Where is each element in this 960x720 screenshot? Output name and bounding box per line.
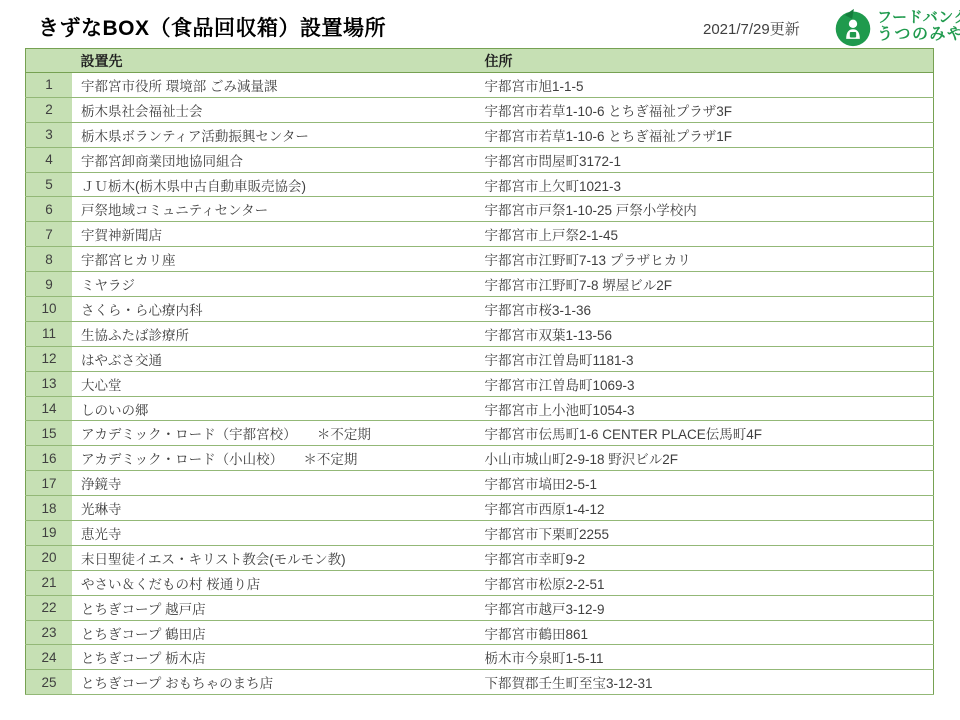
place-cell: 宇賀神新聞店	[73, 222, 481, 247]
table-row: 15アカデミック・ロード（宇都宮校） ＊不定期宇都宮市伝馬町1-6 CENTER…	[26, 421, 934, 446]
table-row: 14しのいの郷宇都宮市上小池町1054-3	[26, 396, 934, 421]
header-address: 住所	[481, 49, 934, 73]
row-number: 19	[26, 521, 73, 546]
row-number: 13	[26, 371, 73, 396]
table-header: 設置先 住所	[26, 49, 934, 73]
header-row: 設置先 住所	[26, 49, 934, 73]
table-row: 7宇賀神新聞店宇都宮市上戸祭2-1-45	[26, 222, 934, 247]
row-number: 6	[26, 197, 73, 222]
row-number: 21	[26, 570, 73, 595]
foodbank-logo-line1: フードバンク	[877, 9, 960, 26]
place-cell: 栃木県ボランティア活動振興センター	[73, 122, 481, 147]
place-cell: アカデミック・ロード（小山校） ＊不定期	[73, 446, 481, 471]
row-number: 3	[26, 122, 73, 147]
address-cell: 宇都宮市旭1-1-5	[481, 73, 934, 98]
row-number: 17	[26, 471, 73, 496]
place-cell: とちぎコープ 鶴田店	[73, 620, 481, 645]
address-cell: 宇都宮市上小池町1054-3	[481, 396, 934, 421]
address-cell: 栃木市今泉町1-5-11	[481, 645, 934, 670]
place-cell: 宇都宮卸商業団地協同組合	[73, 147, 481, 172]
page-title: きずなBOX（食品回収箱）設置場所	[38, 12, 386, 42]
address-cell: 宇都宮市鶴田861	[481, 620, 934, 645]
place-cell: 生協ふたば診療所	[73, 321, 481, 346]
row-number: 23	[26, 620, 73, 645]
place-cell: とちぎコープ 栃木店	[73, 645, 481, 670]
locations-table: 設置先 住所 1宇都宮市役所 環境部 ごみ減量課宇都宮市旭1-1-52栃木県社会…	[25, 48, 934, 695]
place-cell: ミヤラジ	[73, 272, 481, 297]
header-number	[26, 49, 73, 73]
row-number: 1	[26, 73, 73, 98]
row-number: 9	[26, 272, 73, 297]
address-cell: 宇都宮市戸祭1-10-25 戸祭小学校内	[481, 197, 934, 222]
table-row: 22とちぎコープ 越戸店宇都宮市越戸3-12-9	[26, 595, 934, 620]
row-number: 15	[26, 421, 73, 446]
address-cell: 宇都宮市江曽島町1069-3	[481, 371, 934, 396]
table-row: 17浄鏡寺宇都宮市塙田2-5-1	[26, 471, 934, 496]
table-row: 16アカデミック・ロード（小山校） ＊不定期小山市城山町2-9-18 野沢ビル2…	[26, 446, 934, 471]
place-cell: 恵光寺	[73, 521, 481, 546]
address-cell: 宇都宮市江曽島町1181-3	[481, 346, 934, 371]
place-cell: 光琳寺	[73, 496, 481, 521]
place-cell: しのいの郷	[73, 396, 481, 421]
address-cell: 下都賀郡壬生町至宝3-12-31	[481, 670, 934, 695]
header-place: 設置先	[73, 49, 481, 73]
foodbank-logo-text: フードバンク うつのみや	[877, 9, 960, 45]
address-cell: 宇都宮市下栗町2255	[481, 521, 934, 546]
address-cell: 宇都宮市桜3-1-36	[481, 297, 934, 322]
table-row: 8宇都宮ヒカリ座宇都宮市江野町7-13 プラザヒカリ	[26, 247, 934, 272]
address-cell: 宇都宮市上欠町1021-3	[481, 172, 934, 197]
address-cell: 宇都宮市松原2-2-51	[481, 570, 934, 595]
address-cell: 宇都宮市幸町9-2	[481, 545, 934, 570]
place-cell: 大心堂	[73, 371, 481, 396]
place-cell: さくら・ら心療内科	[73, 297, 481, 322]
place-cell: 宇都宮市役所 環境部 ごみ減量課	[73, 73, 481, 98]
row-number: 12	[26, 346, 73, 371]
address-cell: 宇都宮市越戸3-12-9	[481, 595, 934, 620]
table-row: 6戸祭地域コミュニティセンター宇都宮市戸祭1-10-25 戸祭小学校内	[26, 197, 934, 222]
table-row: 2栃木県社会福祉士会宇都宮市若草1-10-6 とちぎ福祉プラザ3F	[26, 97, 934, 122]
row-number: 5	[26, 172, 73, 197]
address-cell: 宇都宮市若草1-10-6 とちぎ福祉プラザ3F	[481, 97, 934, 122]
table-row: 3栃木県ボランティア活動振興センター宇都宮市若草1-10-6 とちぎ福祉プラザ1…	[26, 122, 934, 147]
place-cell: 末日聖徒イエス・キリスト教会(モルモン教)	[73, 545, 481, 570]
row-number: 16	[26, 446, 73, 471]
row-number: 20	[26, 545, 73, 570]
document-page: きずなBOX（食品回収箱）設置場所 2021/7/29更新 フードバンク うつの…	[0, 0, 960, 720]
table-row: 24とちぎコープ 栃木店栃木市今泉町1-5-11	[26, 645, 934, 670]
place-cell: とちぎコープ おもちゃのまち店	[73, 670, 481, 695]
row-number: 8	[26, 247, 73, 272]
foodbank-mark-icon	[833, 6, 873, 48]
address-cell: 宇都宮市伝馬町1-6 CENTER PLACE伝馬町4F	[481, 421, 934, 446]
place-cell: やさい＆くだもの村 桜通り店	[73, 570, 481, 595]
table-row: 9ミヤラジ宇都宮市江野町7-8 堺屋ビル2F	[26, 272, 934, 297]
updated-date: 2021/7/29更新	[703, 18, 800, 39]
table-row: 13大心堂宇都宮市江曽島町1069-3	[26, 371, 934, 396]
table-row: 12はやぶさ交通宇都宮市江曽島町1181-3	[26, 346, 934, 371]
address-cell: 宇都宮市西原1-4-12	[481, 496, 934, 521]
table-body: 1宇都宮市役所 環境部 ごみ減量課宇都宮市旭1-1-52栃木県社会福祉士会宇都宮…	[26, 73, 934, 695]
address-cell: 宇都宮市若草1-10-6 とちぎ福祉プラザ1F	[481, 122, 934, 147]
row-number: 22	[26, 595, 73, 620]
row-number: 10	[26, 297, 73, 322]
table-row: 18光琳寺宇都宮市西原1-4-12	[26, 496, 934, 521]
row-number: 18	[26, 496, 73, 521]
table-row: 19恵光寺宇都宮市下栗町2255	[26, 521, 934, 546]
table-row: 20末日聖徒イエス・キリスト教会(モルモン教)宇都宮市幸町9-2	[26, 545, 934, 570]
place-cell: 戸祭地域コミュニティセンター	[73, 197, 481, 222]
row-number: 11	[26, 321, 73, 346]
row-number: 24	[26, 645, 73, 670]
table-row: 1宇都宮市役所 環境部 ごみ減量課宇都宮市旭1-1-5	[26, 73, 934, 98]
row-number: 4	[26, 147, 73, 172]
row-number: 25	[26, 670, 73, 695]
place-cell: ＪＵ栃木(栃木県中古自動車販売協会)	[73, 172, 481, 197]
place-cell: 宇都宮ヒカリ座	[73, 247, 481, 272]
table-row: 23とちぎコープ 鶴田店宇都宮市鶴田861	[26, 620, 934, 645]
foodbank-logo-line2: うつのみや	[877, 26, 960, 44]
table-row: 4宇都宮卸商業団地協同組合宇都宮市問屋町3172-1	[26, 147, 934, 172]
foodbank-logo: フードバンク うつのみや	[833, 6, 960, 48]
place-cell: はやぶさ交通	[73, 346, 481, 371]
table-row: 10さくら・ら心療内科宇都宮市桜3-1-36	[26, 297, 934, 322]
row-number: 14	[26, 396, 73, 421]
place-cell: 浄鏡寺	[73, 471, 481, 496]
address-cell: 宇都宮市江野町7-13 プラザヒカリ	[481, 247, 934, 272]
place-cell: とちぎコープ 越戸店	[73, 595, 481, 620]
table-row: 25とちぎコープ おもちゃのまち店下都賀郡壬生町至宝3-12-31	[26, 670, 934, 695]
address-cell: 宇都宮市上戸祭2-1-45	[481, 222, 934, 247]
address-cell: 宇都宮市問屋町3172-1	[481, 147, 934, 172]
row-number: 7	[26, 222, 73, 247]
address-cell: 宇都宮市江野町7-8 堺屋ビル2F	[481, 272, 934, 297]
address-cell: 宇都宮市双葉1-13-56	[481, 321, 934, 346]
table-row: 21やさい＆くだもの村 桜通り店宇都宮市松原2-2-51	[26, 570, 934, 595]
address-cell: 小山市城山町2-9-18 野沢ビル2F	[481, 446, 934, 471]
table-row: 11生協ふたば診療所宇都宮市双葉1-13-56	[26, 321, 934, 346]
place-cell: アカデミック・ロード（宇都宮校） ＊不定期	[73, 421, 481, 446]
address-cell: 宇都宮市塙田2-5-1	[481, 471, 934, 496]
table-row: 5ＪＵ栃木(栃木県中古自動車販売協会)宇都宮市上欠町1021-3	[26, 172, 934, 197]
row-number: 2	[26, 97, 73, 122]
place-cell: 栃木県社会福祉士会	[73, 97, 481, 122]
